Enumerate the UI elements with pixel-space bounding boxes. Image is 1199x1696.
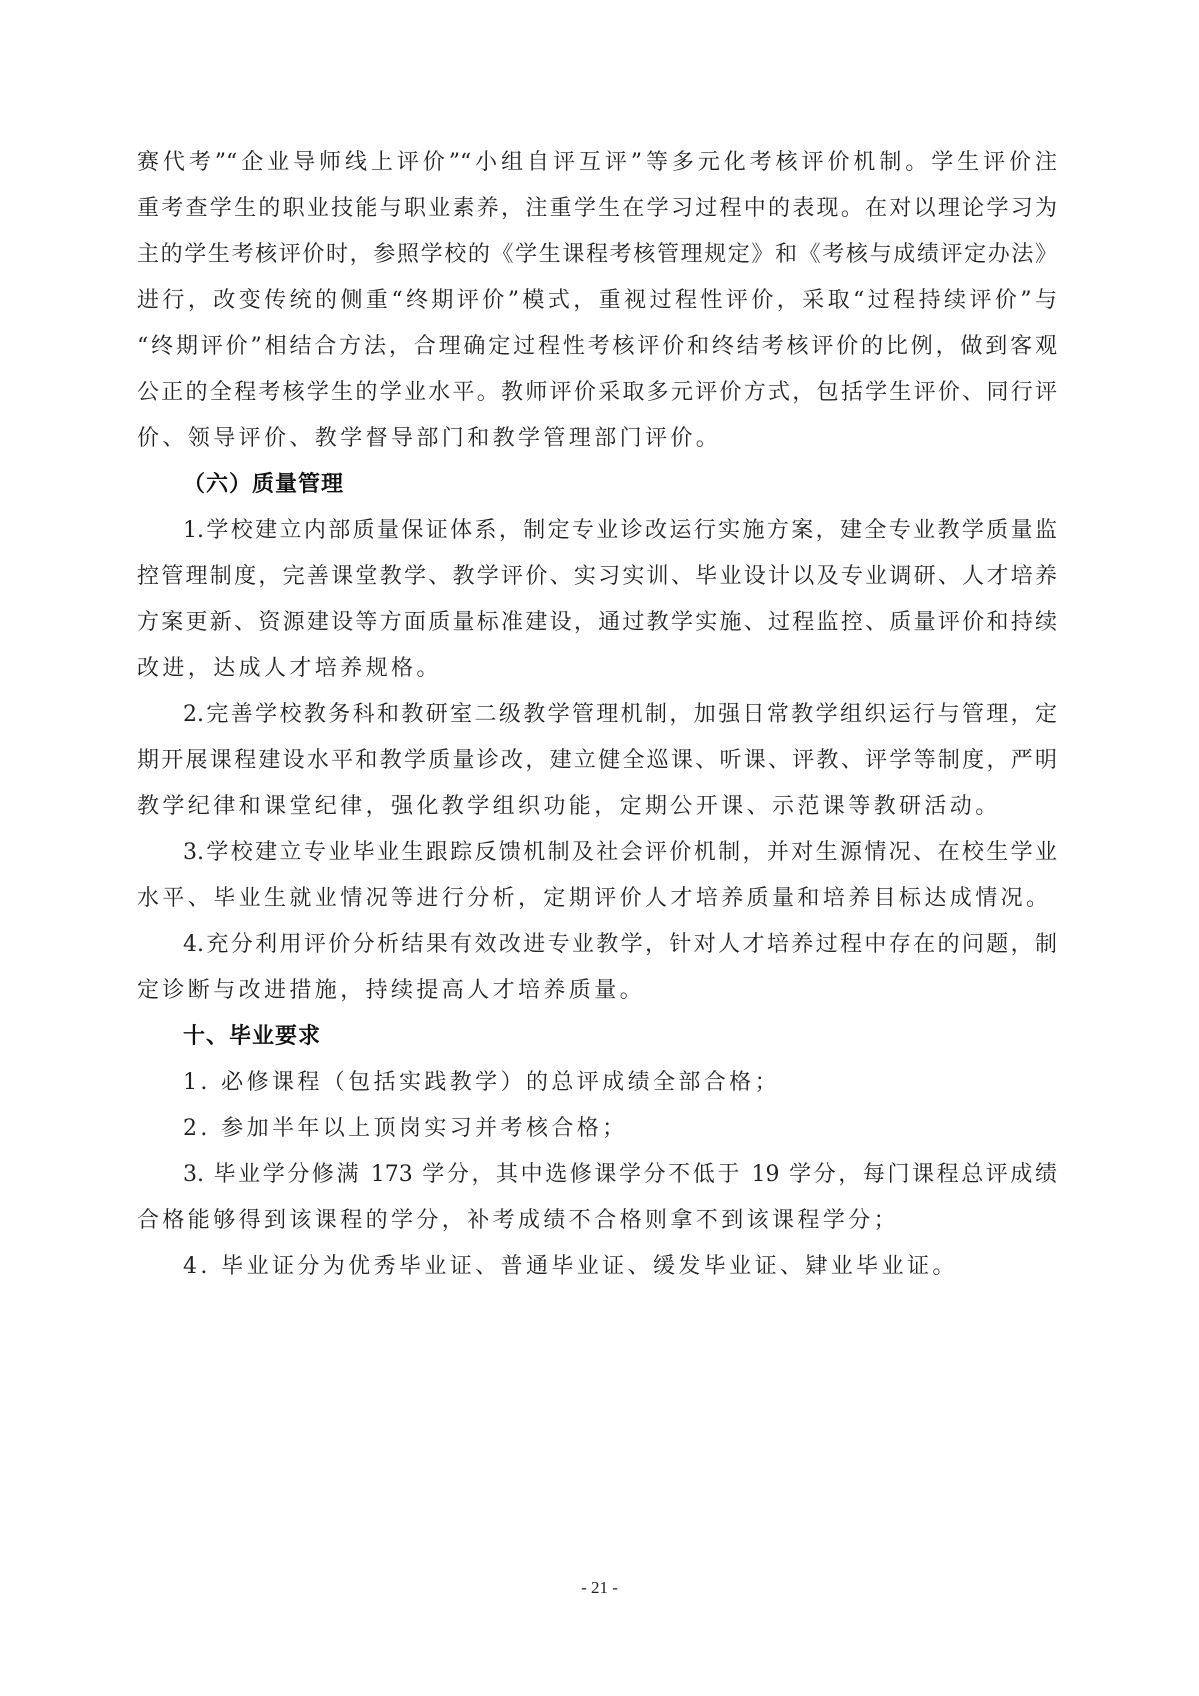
text-line: 价、领导评价、教学督导部门和教学管理部门评价。	[137, 416, 1057, 462]
text-line: 控管理制度，完善课堂教学、教学评价、实习实训、毕业设计以及专业调研、人才培养	[137, 554, 1057, 600]
document-page: 赛代考”“企业导师线上评价”“小组自评互评”等多元化考核评价机制。学生评价注 重…	[0, 0, 1199, 1696]
text-line: 2. 参加半年以上顶岗实习并考核合格；	[137, 1106, 1057, 1152]
quality-item-2: 2.完善学校教务科和教研室二级教学管理机制，加强日常教学组织运行与管理，定 期开…	[137, 692, 1057, 830]
text-line: 方案更新、资源建设等方面质量标准建设，通过教学实施、过程监控、质量评价和持续	[137, 600, 1057, 646]
quality-item-1: 1.学校建立内部质量保证体系，制定专业诊改运行实施方案，建全专业教学质量监 控管…	[137, 508, 1057, 692]
text-line: 水平、毕业生就业情况等进行分析，定期评价人才培养质量和培养目标达成情况。	[137, 876, 1057, 922]
text-line: 赛代考”“企业导师线上评价”“小组自评互评”等多元化考核评价机制。学生评价注	[137, 140, 1057, 186]
text-line: 期开展课程建设水平和教学质量诊改，建立健全巡课、听课、评教、评学等制度，严明	[137, 738, 1057, 784]
page-number: - 21 -	[0, 1578, 1199, 1598]
text-line: 4.充分利用评价分析结果有效改进专业教学，针对人才培养过程中存在的问题，制	[137, 922, 1057, 968]
text-line: 4. 毕业证分为优秀毕业证、普通毕业证、缓发毕业证、肄业毕业证。	[137, 1244, 1057, 1290]
text-line: 主的学生考核评价时，参照学校的《学生课程考核管理规定》和《考核与成绩评定办法》	[137, 232, 1057, 278]
text-line: 公正的全程考核学生的学业水平。教师评价采取多元评价方式，包括学生评价、同行评	[137, 370, 1057, 416]
paragraph-evaluation-mechanism: 赛代考”“企业导师线上评价”“小组自评互评”等多元化考核评价机制。学生评价注 重…	[137, 140, 1057, 462]
graduation-item-1: 1. 必修课程（包括实践教学）的总评成绩全部合格；	[137, 1060, 1057, 1106]
text-line: 3.学校建立专业毕业生跟踪反馈机制及社会评价机制，并对生源情况、在校生学业	[137, 830, 1057, 876]
page-content: 赛代考”“企业导师线上评价”“小组自评互评”等多元化考核评价机制。学生评价注 重…	[137, 140, 1057, 1290]
text-line: 1.学校建立内部质量保证体系，制定专业诊改运行实施方案，建全专业教学质量监	[137, 508, 1057, 554]
text-line: 教学纪律和课堂纪律，强化教学组织功能，定期公开课、示范课等教研活动。	[137, 784, 1057, 830]
text-line: 重考查学生的职业技能与职业素养，注重学生在学习过程中的表现。在对以理论学习为	[137, 186, 1057, 232]
section-heading-graduation-requirements: 十、毕业要求	[137, 1014, 1057, 1060]
text-line: 进行，改变传统的侧重“终期评价”模式，重视过程性评价，采取“过程持续评价”与	[137, 278, 1057, 324]
text-line: 合格能够得到该课程的学分，补考成绩不合格则拿不到该课程学分；	[137, 1198, 1057, 1244]
section-heading-quality-management: （六）质量管理	[137, 462, 1057, 508]
text-line: 定诊断与改进措施，持续提高人才培养质量。	[137, 968, 1057, 1014]
text-line: 2.完善学校教务科和教研室二级教学管理机制，加强日常教学组织运行与管理，定	[137, 692, 1057, 738]
text-line: 改进，达成人才培养规格。	[137, 646, 1057, 692]
quality-item-4: 4.充分利用评价分析结果有效改进专业教学，针对人才培养过程中存在的问题，制 定诊…	[137, 922, 1057, 1014]
text-line: “终期评价”相结合方法，合理确定过程性考核评价和终结考核评价的比例，做到客观	[137, 324, 1057, 370]
text-line: 3. 毕业学分修满 173 学分，其中选修课学分不低于 19 学分，每门课程总评…	[137, 1152, 1057, 1198]
text-line: 1. 必修课程（包括实践教学）的总评成绩全部合格；	[137, 1060, 1057, 1106]
quality-item-3: 3.学校建立专业毕业生跟踪反馈机制及社会评价机制，并对生源情况、在校生学业 水平…	[137, 830, 1057, 922]
graduation-item-3: 3. 毕业学分修满 173 学分，其中选修课学分不低于 19 学分，每门课程总评…	[137, 1152, 1057, 1244]
graduation-item-4: 4. 毕业证分为优秀毕业证、普通毕业证、缓发毕业证、肄业毕业证。	[137, 1244, 1057, 1290]
graduation-item-2: 2. 参加半年以上顶岗实习并考核合格；	[137, 1106, 1057, 1152]
